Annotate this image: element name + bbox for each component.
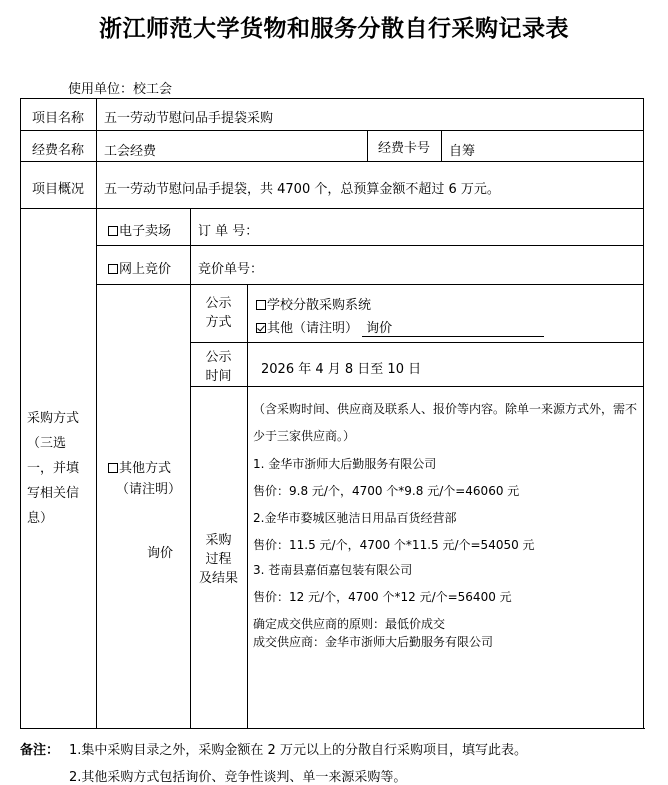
other-method-value: 询价	[147, 542, 173, 561]
method-label-line: （三选	[27, 431, 79, 456]
method-label-line: 采购方式	[27, 406, 79, 431]
supplier-3-name: 3. 苍南县嘉佰嘉包装有限公司	[253, 561, 412, 578]
publicity-option-school-system[interactable]: 学校分散采购系统	[256, 294, 371, 313]
fund-card-label: 经费卡号	[367, 137, 441, 156]
bid-number-label: 竞价单号：	[198, 262, 263, 277]
option-label: 其他（请注明）	[267, 321, 358, 336]
document-title: 浙江师范大学货物和服务分散自行采购记录表	[0, 10, 668, 43]
row-divider	[96, 245, 644, 246]
order-number-label: 订 单 号：	[198, 224, 258, 239]
label-line: 及结果	[190, 569, 247, 588]
note-item-1: 1.集中采购目录之外，采购金额在 2 万元以上的分散自行采购项目，填写此表。	[69, 739, 527, 758]
process-result-label: 采购 过程 及结果	[190, 531, 247, 588]
publicity-other-value[interactable]: 询价	[362, 317, 544, 337]
note-item-2: 2.其他采购方式包括询价、竞争性谈判、单一来源采购等。	[69, 766, 406, 785]
process-intro-line2: 少于三家供应商。）	[253, 427, 355, 444]
checkbox-icon[interactable]	[256, 300, 266, 310]
overview-value: 五一劳动节慰问品手提袋，共 4700 个，总预算金额不超过 6 万元。	[104, 178, 500, 197]
table-border-bottom	[20, 728, 645, 729]
overview-label: 项目概况	[20, 178, 96, 197]
online-bid-label: 网上竞价	[119, 262, 171, 277]
selection-principle: 确定成交供应商的原则：最低价成交	[253, 615, 445, 632]
label-line: 公示	[190, 348, 247, 367]
procurement-record-table: 项目名称 五一劳动节慰问品手提袋采购 经费名称 工会经费 经费卡号 自筹 项目概…	[20, 98, 644, 729]
method-e-mall-option[interactable]: 电子卖场	[108, 220, 171, 239]
procurement-method-label: 采购方式 （三选 一，并填 写相关信 息）	[27, 406, 79, 531]
row-divider	[190, 386, 644, 387]
method-other-option[interactable]: 其他方式	[108, 457, 171, 476]
label-line: 方式	[190, 313, 247, 332]
bid-number-field[interactable]: 竞价单号：	[198, 258, 263, 277]
other-method-note: （请注明）	[116, 478, 181, 497]
row-divider	[20, 130, 644, 131]
project-name-value: 五一劳动节慰问品手提袋采购	[104, 107, 273, 126]
publicity-method-label: 公示 方式	[190, 294, 247, 332]
using-unit: 使用单位：校工会	[68, 78, 172, 97]
project-name-label: 项目名称	[20, 107, 96, 126]
using-unit-value: 校工会	[133, 82, 172, 97]
publicity-time-value: 2026 年 4 月 8 日至 10 日	[261, 358, 421, 377]
supplier-3-price: 售价：12 元/个，4700 个*12 元/个=56400 元	[253, 588, 512, 605]
method-label-line: 一，并填	[27, 456, 79, 481]
col-divider	[96, 98, 97, 729]
other-method-label: 其他方式	[119, 461, 171, 476]
table-border-top	[20, 98, 644, 99]
fund-name-label: 经费名称	[20, 139, 96, 158]
label-line: 采购	[190, 531, 247, 550]
supplier-1-name: 1. 金华市浙师大后勤服务有限公司	[253, 455, 436, 472]
supplier-2-price: 售价：11.5 元/个，4700 个*11.5 元/个=54050 元	[253, 536, 535, 553]
fund-card-value: 自筹	[449, 140, 475, 159]
publicity-time-label: 公示 时间	[190, 348, 247, 386]
table-border-right	[643, 98, 644, 729]
process-intro-line1: （含采购时间、供应商及联系人、报价等内容。除单一来源方式外，需不	[253, 400, 637, 417]
checkbox-icon[interactable]	[108, 264, 118, 274]
e-mall-label: 电子卖场	[119, 224, 171, 239]
row-divider	[20, 208, 644, 209]
notes-label: 备注：	[20, 739, 59, 758]
order-number-field[interactable]: 订 单 号：	[198, 220, 258, 239]
row-divider	[190, 342, 644, 343]
row-divider	[96, 284, 644, 285]
winning-supplier: 成交供应商：金华市浙师大后勤服务有限公司	[253, 633, 493, 650]
checkbox-icon[interactable]	[108, 463, 118, 473]
using-unit-label: 使用单位：	[68, 82, 133, 97]
row-divider	[20, 161, 644, 162]
fund-name-value: 工会经费	[104, 140, 156, 159]
supplier-2-name: 2.金华市婺城区驰洁日用品百货经营部	[253, 509, 456, 526]
publicity-option-other[interactable]: 其他（请注明） 询价	[256, 317, 544, 337]
method-label-line: 写相关信	[27, 481, 79, 506]
label-line: 公示	[190, 294, 247, 313]
option-label: 学校分散采购系统	[267, 298, 371, 313]
col-divider	[190, 208, 191, 729]
label-line: 过程	[190, 550, 247, 569]
supplier-1-price: 售价：9.8 元/个，4700 个*9.8 元/个=46060 元	[253, 482, 519, 499]
label-line: 时间	[190, 367, 247, 386]
method-label-line: 息）	[27, 506, 79, 531]
checked-checkbox-icon[interactable]	[256, 323, 266, 333]
checkbox-icon[interactable]	[108, 226, 118, 236]
col-divider	[441, 130, 442, 161]
col-divider	[247, 284, 248, 729]
method-online-bid-option[interactable]: 网上竞价	[108, 258, 171, 277]
